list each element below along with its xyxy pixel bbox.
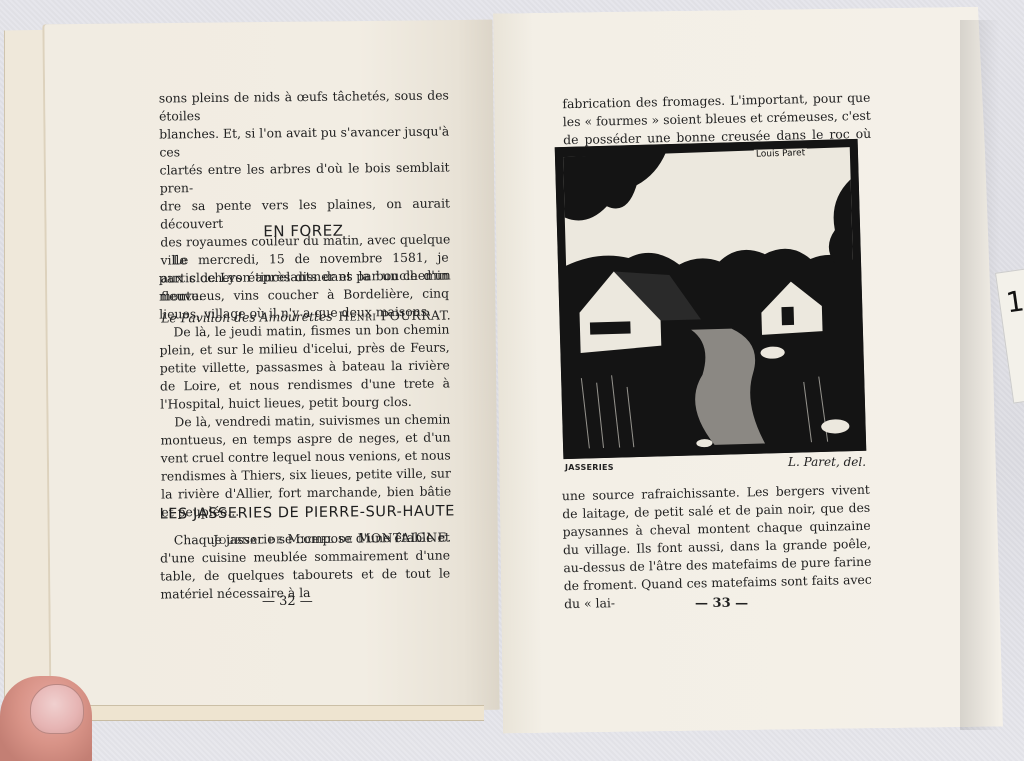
page-number-right: — 33 — bbox=[695, 596, 748, 611]
paragraph: une source rafraichissante. Les bergers … bbox=[562, 481, 873, 613]
text-line: clartés entre les arbres d'où le bois se… bbox=[160, 158, 450, 197]
paragraph: Le mercredi, 15 de novembre 1581, je par… bbox=[159, 248, 450, 323]
woodcut-illustration: Louis Paret bbox=[555, 139, 867, 459]
page-number-left: — 32 — bbox=[262, 594, 313, 609]
artist-signature: Louis Paret bbox=[754, 148, 807, 159]
side-tab-mark: 1 bbox=[1004, 284, 1024, 319]
text-line: blanches. Et, si l'on avait pu s'avancer… bbox=[159, 122, 449, 161]
illustration-caption: JASSERIES bbox=[565, 463, 614, 472]
section-heading: LES JASSERIES DE PIERRE-SUR-HAUTE bbox=[159, 502, 449, 523]
paragraph: De là, le jeudi matin, fismes un bon che… bbox=[159, 320, 450, 413]
right-body-text: une source rafraichissante. Les bergers … bbox=[562, 481, 873, 613]
illustration-credit: L. Paret, del. bbox=[788, 455, 866, 469]
text-line: sons pleins de nids à œufs tâchetés, sou… bbox=[159, 86, 449, 125]
woodcut-image bbox=[555, 139, 867, 459]
section-en-forez: EN FOREZ Le mercredi, 15 de novembre 158… bbox=[158, 220, 451, 549]
page-shadow bbox=[960, 20, 1000, 730]
section-jasseries: LES JASSERIES DE PIERRE-SUR-HAUTE Chaque… bbox=[159, 502, 450, 603]
thumbnail-nail bbox=[30, 684, 84, 734]
paragraph: Chaque jasserie se compose d'une étable … bbox=[160, 528, 451, 603]
